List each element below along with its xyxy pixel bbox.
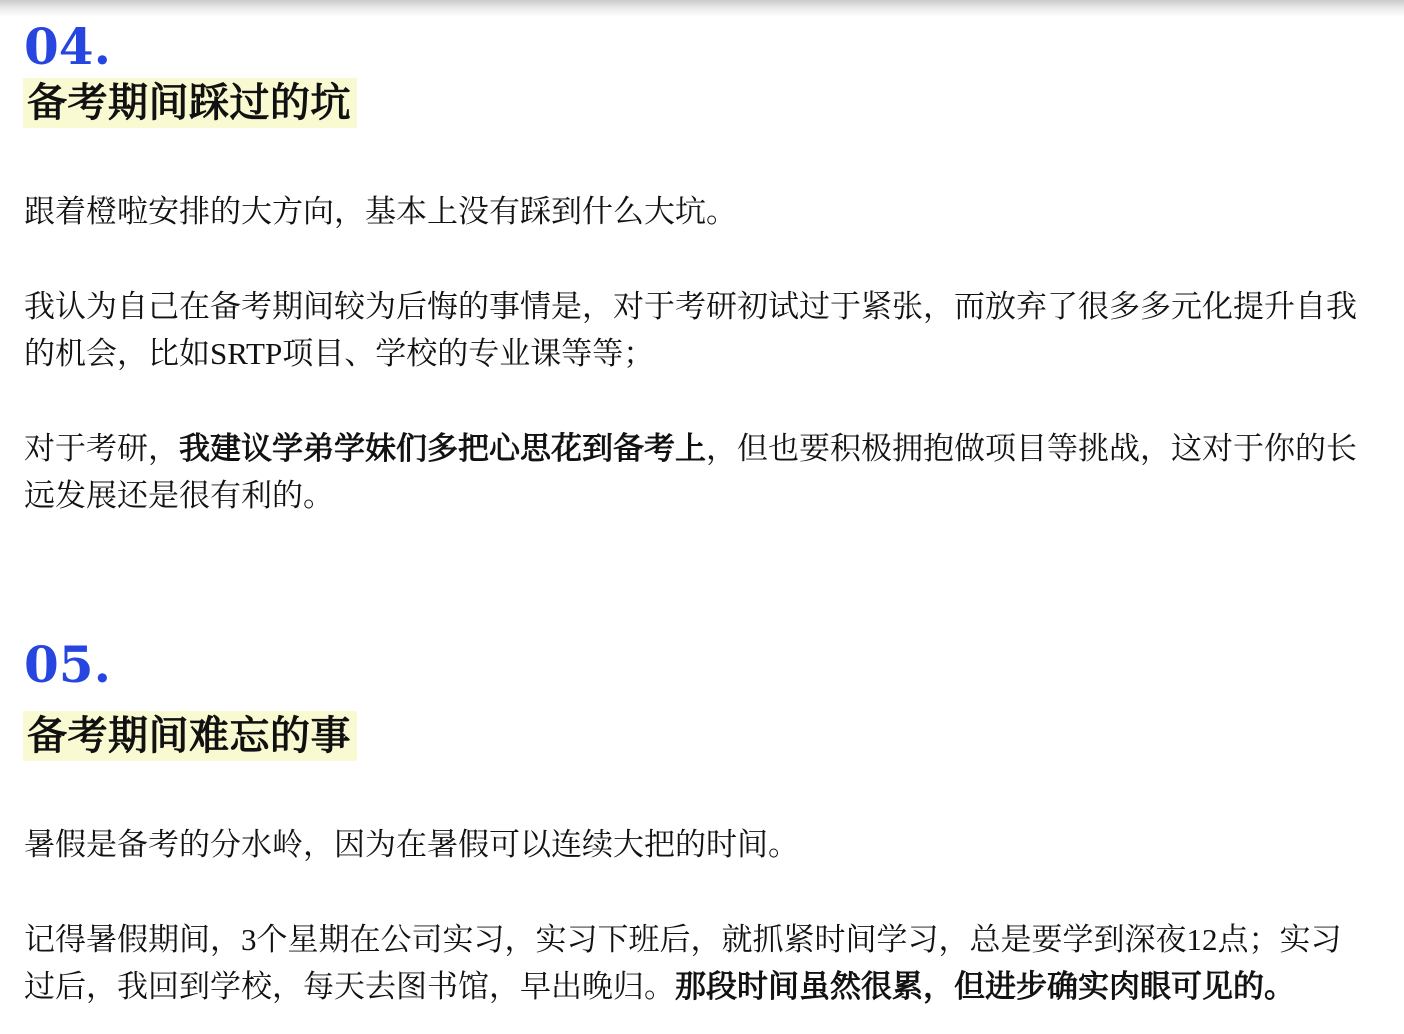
article-page: 04. 备考期间踩过的坑 跟着橙啦安排的大方向，基本上没有踩到什么大坑。 我认为… <box>0 0 1404 1010</box>
section-heading-highlight: 备考期间踩过的坑 <box>23 78 357 128</box>
bold-text-segment: 那段时间虽然很累，但进步确实肉眼可见的。 <box>675 969 1295 1004</box>
paragraph: 我认为自己在备考期间较为后悔的事情是，对于考研初试过于紧张，而放弃了很多多元化提… <box>24 283 1368 377</box>
section-heading: 备考期间难忘的事 <box>24 711 1368 761</box>
text-segment: 对于考研， <box>24 431 179 466</box>
section-05: 05. 备考期间难忘的事 暑假是备考的分水岭，因为在暑假可以连续大把的时间。 记… <box>24 519 1368 1010</box>
section-heading-highlight: 备考期间难忘的事 <box>23 711 357 761</box>
section-number: 05. <box>24 519 1368 690</box>
paragraph: 对于考研，我建议学弟学妹们多把心思花到备考上，但也要积极拥抱做项目等挑战，这对于… <box>24 425 1368 519</box>
section-heading: 备考期间踩过的坑 <box>24 78 1368 128</box>
text-segment: 暑假是备考的分水岭，因为在暑假可以连续大把的时间。 <box>24 827 799 862</box>
section-number: 04. <box>24 0 1368 72</box>
paragraph: 记得暑假期间，3个星期在公司实习，实习下班后，就抓紧时间学习，总是要学到深夜12… <box>24 916 1368 1010</box>
text-segment: 我认为自己在备考期间较为后悔的事情是，对于考研初试过于紧张，而放弃了很多多元化提… <box>24 289 1357 371</box>
section-04: 04. 备考期间踩过的坑 跟着橙啦安排的大方向，基本上没有踩到什么大坑。 我认为… <box>24 0 1368 519</box>
text-segment: 跟着橙啦安排的大方向，基本上没有踩到什么大坑。 <box>24 194 737 229</box>
paragraph: 跟着橙啦安排的大方向，基本上没有踩到什么大坑。 <box>24 188 1368 235</box>
bold-text-segment: 我建议学弟学妹们多把心思花到备考上 <box>179 431 706 466</box>
paragraph: 暑假是备考的分水岭，因为在暑假可以连续大把的时间。 <box>24 821 1368 868</box>
